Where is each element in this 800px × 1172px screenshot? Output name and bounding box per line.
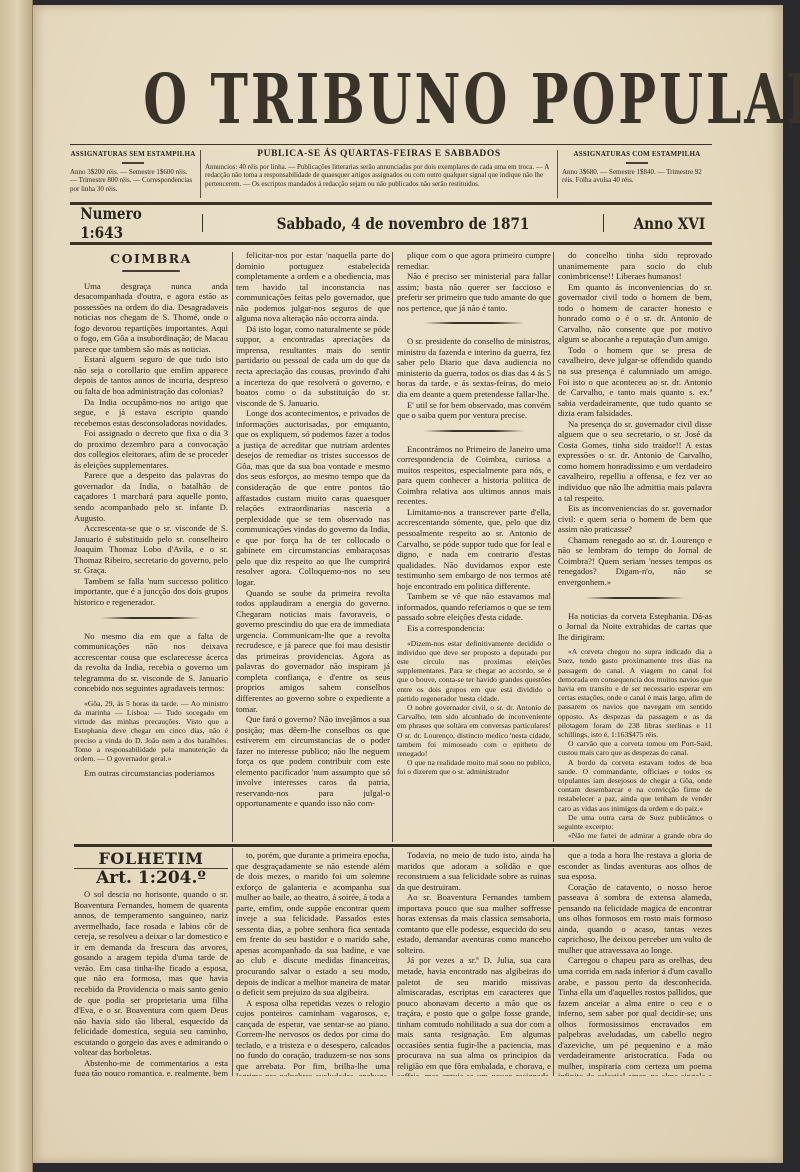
divider: [603, 214, 604, 232]
folhetim-rule: [74, 844, 712, 847]
subscription-right-text: Anno 3$680. — Semestre 1$840. — Trimestr…: [562, 168, 712, 185]
paragraph: Todo o homem que se presa de cavalheiro,…: [558, 345, 712, 419]
issue-date: Sabbado, 4 de novembro de 1871: [233, 214, 573, 233]
paragraph: plique com o que agora primeiro cumpre r…: [397, 250, 551, 271]
subscription-right-title: ASSIGNATURAS COM ESTAMPILHA: [562, 150, 712, 159]
issue-number: Numero 1:643: [70, 204, 182, 242]
separator-ornament: [424, 322, 524, 324]
paragraph: Não é preciso ser ministerial para falla…: [397, 271, 551, 313]
paragraph: to, porém, que durante a primeira epocha…: [236, 850, 390, 998]
separator-ornament: [101, 617, 201, 619]
paragraph: Abstenho-me de commentarios a esta fuga …: [74, 1058, 228, 1076]
folhetim-article-number: Art. 1:204.º: [74, 873, 228, 884]
article-body: No mesmo dia em que a falta de communica…: [74, 631, 228, 694]
paragraph: O sol descia no horisonte, quando o sr. …: [74, 889, 228, 1058]
ornament: [122, 270, 180, 272]
paragraph: Na presença do sr. governador civil diss…: [558, 419, 712, 503]
serial-body: O sol descia no horisonte, quando o sr. …: [74, 889, 228, 1076]
publication-days: PUBLICA-SE ÁS QUARTAS-FEIRAS E SABBADOS: [205, 150, 553, 159]
paragraph: que a toda a hora lhe restava a gloria d…: [558, 850, 712, 882]
paragraph: Eis a correspondencia:: [397, 623, 551, 634]
paragraph: Accrescenta-se que o sr. visconde de S. …: [74, 523, 228, 576]
paragraph: Quando se soube da primeira revolta todo…: [236, 588, 390, 715]
paragraph: Carregou o chapeu para as orelhas, deu u…: [558, 955, 712, 1076]
paragraph: De uma outra carta de Suez publicâmos o …: [558, 813, 712, 831]
article-body: Ha noticias da corveta Estephania. Dá-as…: [558, 611, 712, 643]
paragraph: Ha noticias da corveta Estephania. Dá-as…: [558, 611, 712, 643]
paragraph: Longe dos acontecimentos, e privados de …: [236, 408, 390, 587]
dateline: Numero 1:643 Sabbado, 4 de novembro de 1…: [70, 208, 712, 238]
paragraph: Estará alguem seguro de que tudo isto nã…: [74, 354, 228, 396]
folhetim-column-3: Todavia, no meio de tudo isto, ainda ha …: [397, 850, 551, 1076]
telegram-quote: «Gôa, 29, ás 5 horas da tarde. — Ao mini…: [74, 699, 228, 763]
column-divider: [392, 252, 393, 842]
folhetim-column-2: to, porém, que durante a primeira epocha…: [236, 850, 390, 1076]
masthead-title: O TRIBUNO POPULAR: [143, 62, 617, 138]
column-divider: [232, 848, 233, 1076]
paragraph: O sr. presidente do conselho de ministro…: [397, 336, 551, 399]
section-heading-coimbra: COIMBRA: [74, 254, 228, 265]
paragraph: A bordo da corveta estavam todos de boa …: [558, 758, 712, 813]
column-4: do concelho tinha sido reprovado unanime…: [558, 250, 712, 840]
paragraph: Chamam renegado ao sr. dr. Lourenço e nã…: [558, 535, 712, 588]
ornament-dash: [122, 162, 144, 164]
paragraph: Limitamo-nos a transcrever parte d'ella,…: [397, 507, 551, 591]
letter-quote: «A corveta chegou no supra indicado dia …: [558, 647, 712, 840]
paragraph: Encontrámos no Primeiro de Janeiro uma c…: [397, 444, 551, 507]
paragraph: O que na realidade muito mal soou no pub…: [397, 758, 551, 776]
subscription-with-stamp: ASSIGNATURAS COM ESTAMPILHA Anno 3$680. …: [558, 150, 712, 198]
paragraph: «Dizem-nos estar definitivamente decidid…: [397, 639, 551, 703]
paragraph: A esposa olha repetidas vezes o relogio …: [236, 998, 390, 1076]
ornament-dash: [626, 162, 648, 164]
article-body: Encontrámos no Primeiro de Janeiro uma c…: [397, 444, 551, 634]
serial-body: Todavia, no meio de tudo isto, ainda ha …: [397, 850, 551, 1076]
paragraph: Tambem se vê que não estavamos mal infor…: [397, 591, 551, 623]
article-body: do concelho tinha sido reprovado unanime…: [558, 250, 712, 588]
column-1: COIMBRA Uma desgraça nunca anda desacomp…: [74, 250, 228, 840]
book-spine: [0, 0, 33, 1172]
paragraph: No mesmo dia em que a falta de communica…: [74, 631, 228, 694]
paragraph: Que fará o governo? Não invejâmos a sua …: [236, 714, 390, 809]
divider: [202, 214, 203, 232]
separator-ornament: [585, 597, 685, 599]
column-divider: [553, 848, 554, 1076]
article-body: O sr. presidente do conselho de ministro…: [397, 336, 551, 420]
paragraph: Uma desgraça nunca anda desacompanhada d…: [74, 281, 228, 355]
folhetim-column-4: que a toda a hora lhe restava a gloria d…: [558, 850, 712, 1076]
paragraph: Todavia, no meio de tudo isto, ainda ha …: [397, 850, 551, 892]
paragraph: Já por vezes a sr.ª D. Julia, sua cara m…: [397, 955, 551, 1076]
column-2: felicitar-nos por estar 'naquella parte …: [236, 250, 390, 840]
masthead-rule: [70, 144, 712, 145]
subscription-without-stamp: ASSIGNATURAS SEM ESTAMPILHA Anno 3$200 r…: [70, 150, 201, 198]
column-3: plique com o que agora primeiro cumpre r…: [397, 250, 551, 840]
paragraph: Foi assignado o decreto que fixa o dia 3…: [74, 428, 228, 470]
publication-info: PUBLICA-SE ÁS QUARTAS-FEIRAS E SABBADOS …: [201, 150, 558, 198]
paragraph: Dá isto logar, como naturalmente se póde…: [236, 324, 390, 408]
paragraph: «A corveta chegou no supra indicado dia …: [558, 647, 712, 739]
paragraph: Parece que a despeito das palavras do go…: [74, 470, 228, 523]
serial-body: to, porém, que durante a primeira epocha…: [236, 850, 390, 1076]
column-divider: [392, 848, 393, 1076]
separator-ornament: [424, 430, 524, 432]
paragraph: Ao sr. Boaventura Fernandes tambem impor…: [397, 892, 551, 955]
subscription-left-text: Anno 3$200 réis. — Semestre 1$600 réis. …: [70, 168, 196, 194]
subscription-left-title: ASSIGNATURAS SEM ESTAMPILHA: [70, 150, 196, 159]
paragraph: Em quanto ás inconveniencias do sr. gove…: [558, 282, 712, 345]
paragraph: «Não me fartei de admirar a grande obra …: [558, 831, 712, 840]
article-body: plique com o que agora primeiro cumpre r…: [397, 250, 551, 313]
serial-body: que a toda a hora lhe restava a gloria d…: [558, 850, 712, 1076]
article-body: Uma desgraça nunca anda desacompanhada d…: [74, 281, 228, 608]
paragraph: Eis as inconveniencias do sr. governador…: [558, 503, 712, 535]
paragraph: O nobre governador civil, o sr. dr. Anto…: [397, 703, 551, 758]
column-divider: [553, 252, 554, 842]
paragraph: Coração de catavento, o nosso heroe pass…: [558, 882, 712, 956]
paragraph: do concelho tinha sido reprovado unanime…: [558, 250, 712, 282]
subscription-header: ASSIGNATURAS SEM ESTAMPILHA Anno 3$200 r…: [70, 150, 712, 198]
folhetim-heading: FOLHETIM: [74, 850, 228, 869]
folhetim-column-1: FOLHETIM Art. 1:204.º O sol descia no ho…: [74, 850, 228, 1076]
paragraph: felicitar-nos por estar 'naquella parte …: [236, 250, 390, 324]
article-paragraph: Em outras circumstancias poderiamos: [74, 768, 228, 779]
paragraph: E' util se for bem observado, mas convém…: [397, 400, 551, 421]
article-body: felicitar-nos por estar 'naquella parte …: [236, 250, 390, 809]
publication-terms: Annuncios: 40 réis por linha. — Publicaç…: [205, 163, 553, 189]
correspondence-quote: «Dizem-nos estar definitivamente decidid…: [397, 639, 551, 777]
issue-year: Anno XVI: [620, 214, 712, 233]
paragraph: O carvão que a corveta tomou em Port-Sai…: [558, 739, 712, 757]
column-divider: [232, 252, 233, 842]
paragraph: Tambem se falla 'num successo politico i…: [74, 576, 228, 608]
paragraph: Da India occupâmo-nos no artigo que segu…: [74, 397, 228, 429]
dateline-bottom-rule: [70, 242, 712, 245]
